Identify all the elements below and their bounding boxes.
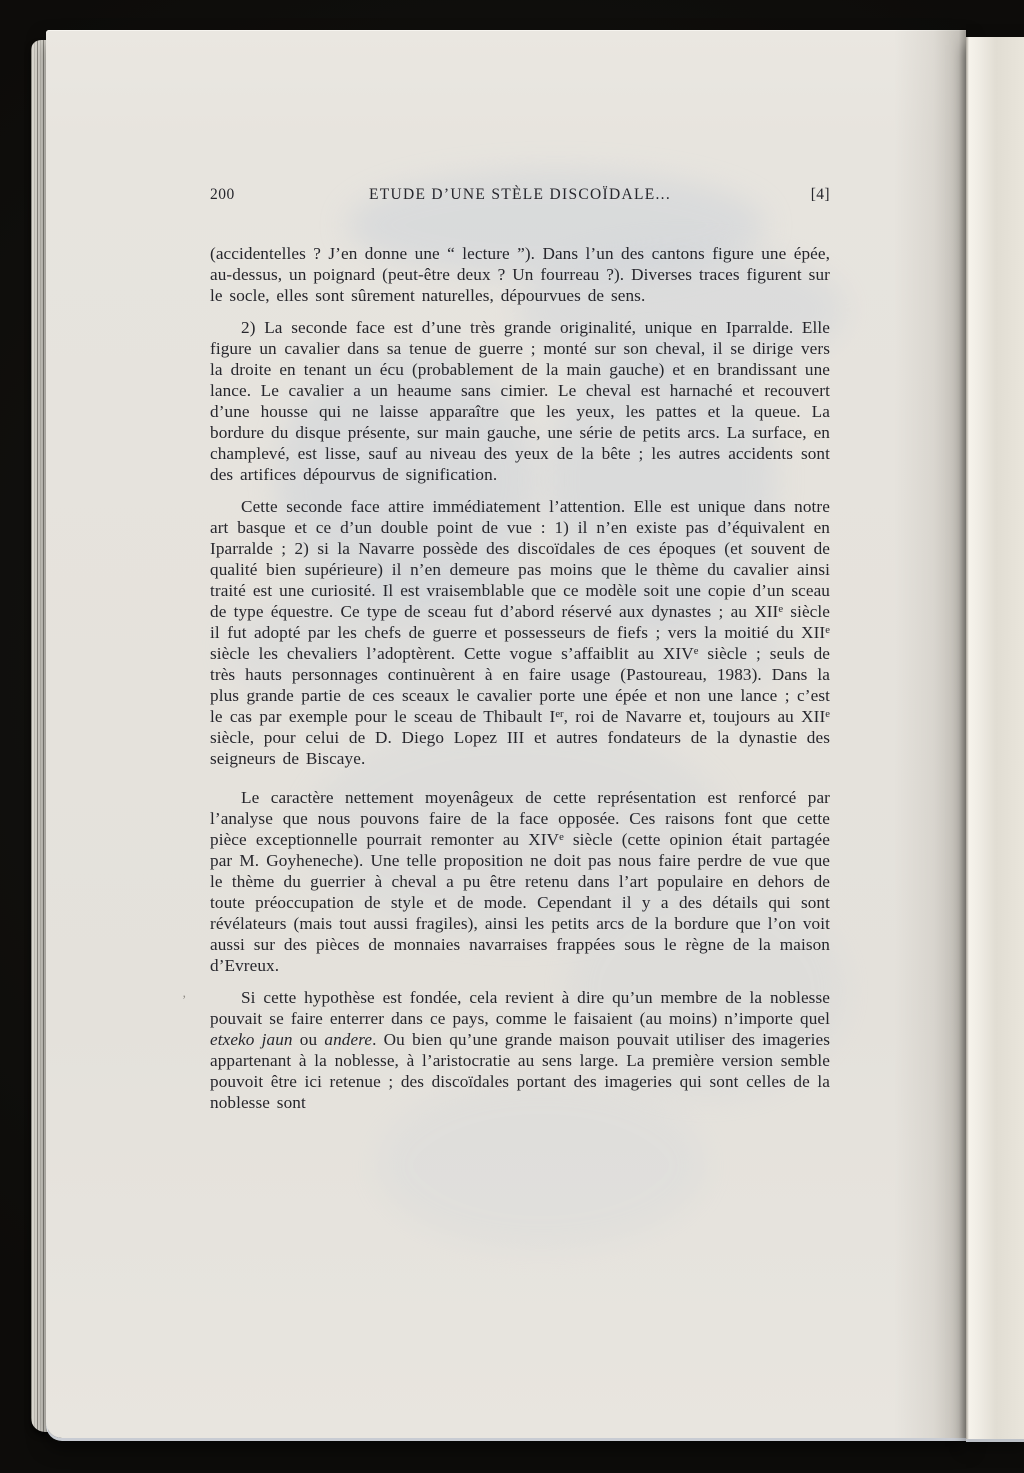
superscript: e bbox=[825, 709, 830, 720]
book-scan: ’ 200 ETUDE D’UNE STÈLE DISCOÏDALE... [4… bbox=[0, 0, 1024, 1473]
text-run: (accidentelles ? J’en donne une “ lectur… bbox=[210, 244, 830, 305]
text-run: siècle, pour celui de D. Diego Lopez III… bbox=[210, 728, 830, 768]
italic-term: andere bbox=[324, 1030, 372, 1049]
text-run: Si cette hypothèse est fondée, cela revi… bbox=[210, 988, 830, 1028]
text-run: Cette seconde face attire immédiatement … bbox=[210, 497, 830, 621]
text-run: ou bbox=[293, 1030, 325, 1049]
paragraph: Si cette hypothèse est fondée, cela revi… bbox=[210, 987, 830, 1113]
scan-artifact: ’ bbox=[182, 992, 186, 1008]
photo-backdrop: { "colors":{ "backdrop":"#0d0c0a", "page… bbox=[0, 0, 1024, 1473]
text-run: 2) La seconde face est d’une très grande… bbox=[210, 318, 830, 484]
paragraph: Cette seconde face attire immédiatement … bbox=[210, 496, 830, 769]
running-title: ETUDE D’UNE STÈLE DISCOÏDALE... bbox=[300, 186, 740, 204]
page-number: 200 bbox=[210, 186, 300, 204]
text-run: siècle les chevaliers l’adoptèrent. Cett… bbox=[210, 644, 694, 663]
running-head: 200 ETUDE D’UNE STÈLE DISCOÏDALE... [4] bbox=[210, 186, 830, 204]
facing-page-edge bbox=[966, 37, 1024, 1439]
paragraph: (accidentelles ? J’en donne une “ lectur… bbox=[210, 243, 830, 306]
superscript: er bbox=[555, 709, 563, 720]
paragraph: 2) La seconde face est d’une très grande… bbox=[210, 317, 830, 485]
paragraph: Le caractère nettement moyenâgeux de cet… bbox=[210, 787, 830, 976]
section-marker: [4] bbox=[740, 186, 830, 204]
superscript: e bbox=[825, 625, 830, 636]
italic-term: etxeko jaun bbox=[210, 1030, 293, 1049]
book-page: ’ 200 ETUDE D’UNE STÈLE DISCOÏDALE... [4… bbox=[46, 30, 966, 1438]
gutter-shadow bbox=[894, 30, 966, 1438]
page-body: (accidentelles ? J’en donne une “ lectur… bbox=[210, 243, 830, 1124]
text-run: siècle (cette opinion était partagée par… bbox=[210, 830, 830, 975]
text-run: , roi de Navarre et, toujours au XII bbox=[564, 707, 826, 726]
